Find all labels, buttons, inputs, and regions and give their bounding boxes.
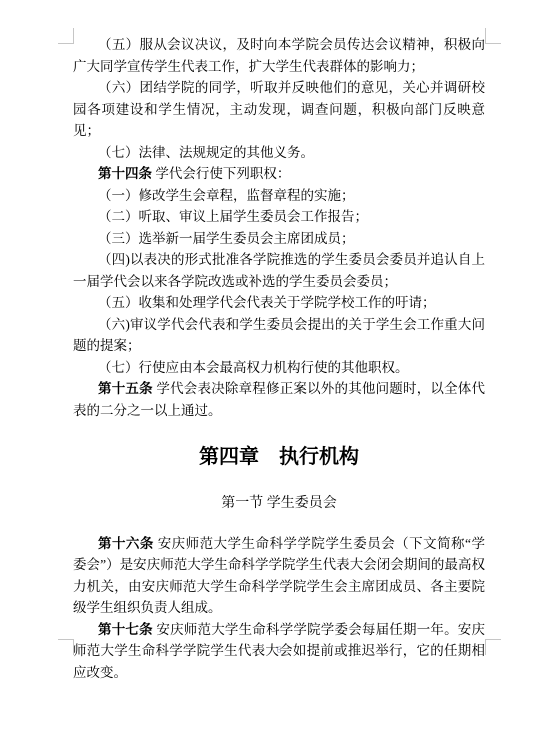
- section-heading: 第一节 学生委员会: [73, 493, 485, 515]
- text-body: （五）服从会议决议，及时向本学院会员传达会议精神，积极向广大同学宣传学生代表工作…: [73, 34, 485, 683]
- paragraph: （七）行使应由本会最高权力机构行使的其他职权。: [73, 357, 485, 379]
- paragraph: （一）修改学生会章程，监督章程的实施；: [73, 185, 485, 207]
- text-boundary-mark-top-right: [485, 28, 501, 44]
- document-page: （五）服从会议决议，及时向本学院会员传达会议精神，积极向广大同学宣传学生代表工作…: [0, 0, 551, 729]
- paragraph: （七）法律、法规规定的其他义务。: [73, 142, 485, 164]
- paragraph: （五）收集和处理学代会代表关于学院学校工作的吁请；: [73, 292, 485, 314]
- article-number: 第十四条: [98, 166, 152, 181]
- paragraph: （三）选举新一届学生委员会主席团成员；: [73, 228, 485, 250]
- article-number: 第十七条: [98, 622, 153, 637]
- text-boundary-mark-bottom-left: [58, 639, 74, 655]
- paragraph: （五）服从会议决议，及时向本学院会员传达会议精神，积极向广大同学宣传学生代表工作…: [73, 34, 485, 77]
- article-number: 第十五条: [98, 381, 153, 396]
- paragraph: （二）听取、审议上届学生委员会工作报告；: [73, 206, 485, 228]
- body-paragraphs: （五）服从会议决议，及时向本学院会员传达会议精神，积极向广大同学宣传学生代表工作…: [73, 34, 485, 421]
- paragraph: （六)审议学代会代表和学生委员会提出的关于学生会工作重大问题的提案；: [73, 314, 485, 357]
- paragraph: 第十五条 学代会表决除章程修正案以外的其他问题时，以全体代表的二分之一以上通过。: [73, 378, 485, 421]
- chapter-heading: 第四章 执行机构: [73, 443, 485, 471]
- paragraph: 第十四条 学代会行使下列职权：: [73, 163, 485, 185]
- article-number: 第十六条: [98, 536, 154, 551]
- paragraph: （四)以表决的形式批准各学院推选的学生委员会委员并追认自上一届学代会以来各学院改…: [73, 249, 485, 292]
- page-number: 6: [73, 644, 485, 656]
- section-paragraphs: 第十六条 安庆师范大学生命科学学院学生委员会（下文简称“学委会”）是安庆师范大学…: [73, 533, 485, 684]
- text-boundary-mark-top-left: [58, 28, 74, 44]
- text-boundary-mark-bottom-right: [485, 639, 501, 655]
- paragraph: （六）团结学院的同学，听取并反映他们的意见，关心并调研校园各项建设和学生情况，主…: [73, 77, 485, 142]
- paragraph: 第十六条 安庆师范大学生命科学学院学生委员会（下文简称“学委会”）是安庆师范大学…: [73, 533, 485, 619]
